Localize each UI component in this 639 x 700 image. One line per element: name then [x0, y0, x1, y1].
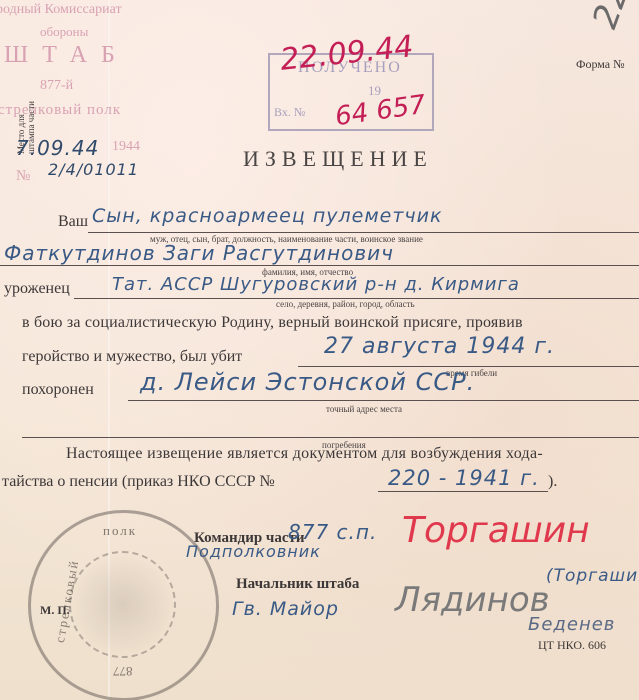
- notice-line-1: Настоящее извещение является документом …: [66, 445, 543, 463]
- seal-label: М. П.: [40, 603, 70, 618]
- hq-stamp-line1: родный Комиссариат: [0, 2, 122, 18]
- order-number: 220 - 1941 г.: [388, 466, 540, 490]
- your-value: Сын, красноармеец пулеметчик: [92, 205, 442, 227]
- your-underline: [88, 232, 639, 233]
- hq-stamp-year: 1944: [112, 139, 140, 155]
- seal-emblem: [69, 551, 176, 658]
- received-stamp-in-number: Вх. №: [274, 105, 305, 120]
- outgoing-number: 2/4/01011: [48, 160, 139, 179]
- death-date: 27 августа 1944 г.: [324, 334, 555, 359]
- hq-stamp-number-label: №: [16, 168, 30, 185]
- chief-name: Беденев: [528, 614, 615, 635]
- chief-rank: Гв. Майор: [232, 598, 339, 620]
- chief-signature: Лядинов: [395, 580, 550, 620]
- name-value: Фаткутдинов Заги Расгутдинович: [4, 241, 394, 265]
- burial-underline: [22, 437, 639, 438]
- body-line-2: геройство и мужество, был убит: [22, 348, 242, 366]
- buried-value: д. Лейси Эстонской ССР.: [140, 368, 475, 396]
- buried-caption: точный адрес места: [326, 404, 402, 414]
- commander-signature: Торгашин: [402, 510, 590, 551]
- seal-text-top: полк: [103, 523, 137, 539]
- order-underline: [378, 491, 548, 492]
- outgoing-date: 7.09.44: [16, 136, 99, 160]
- native-label: уроженец: [4, 280, 70, 298]
- name-underline: [0, 265, 639, 266]
- form-label: Форма №: [576, 57, 625, 72]
- commander-unit: 877 с.п.: [288, 520, 377, 544]
- death-underline: [298, 366, 639, 367]
- body-line-1: в бою за социалистическую Родину, верный…: [22, 314, 523, 332]
- printer-mark: ЦТ НКО. 606: [538, 638, 606, 653]
- native-value: Тат. АССР Шугуровский р-н д. Кирмига: [112, 274, 520, 295]
- hq-stamp-line2: обороны: [40, 24, 88, 40]
- your-label: Ваш: [58, 213, 88, 231]
- notice-line-2: тайства о пенсии (приказ НКО СССР №: [2, 473, 275, 491]
- order-suffix: ).: [548, 473, 557, 491]
- buried-label: похоронен: [22, 381, 94, 399]
- commander-rank: Подполковник: [186, 542, 321, 561]
- page-title: ИЗВЕЩЕНИЕ: [243, 146, 433, 172]
- chief-label: Начальник штаба: [236, 576, 359, 593]
- native-caption: село, деревня, район, город, область: [276, 299, 415, 309]
- hq-stamp-title: ШТАБ: [4, 42, 129, 69]
- seal-text-bottom: 877: [113, 663, 133, 679]
- buried-underline: [128, 400, 639, 401]
- hq-stamp-unit: 877-й: [40, 78, 73, 94]
- commander-name: (Торгашин): [546, 566, 639, 586]
